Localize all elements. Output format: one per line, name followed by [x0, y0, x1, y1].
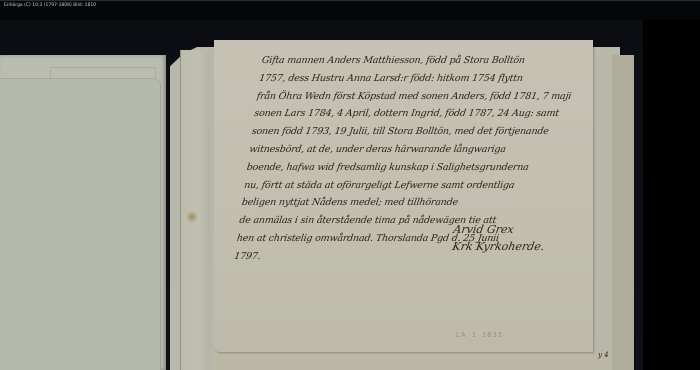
text-line: 1757, dess Hustru Anna Larsd:r född: hit…: [258, 70, 611, 88]
signature-title: Krk Kyrkoherde.: [451, 238, 546, 255]
text-line: Gifta mannen Anders Matthiesson, född på…: [261, 52, 614, 70]
image-viewer: Enhörga (C) 10:3 (1797-1808) Bild: 1810 …: [0, 0, 700, 370]
lower-sheet: [214, 352, 604, 370]
left-page-inner-sheet: [0, 78, 161, 370]
title-bar: Enhörga (C) 10:3 (1797-1808) Bild: 1810: [0, 0, 700, 21]
margin-note: y 4: [598, 351, 609, 359]
signature-name: Arvid Grex: [452, 221, 549, 238]
right-sheet-edge-outer: [612, 55, 636, 370]
left-page-tab-outline: [50, 67, 156, 78]
text-line: boende, hafwa wid fredsamlig kunskap i S…: [245, 159, 598, 177]
text-line: witnesbörd, at de, under deras härwarand…: [248, 141, 601, 159]
text-line: sonen Lars 1784, 4 April, dottern Ingrid…: [253, 105, 606, 123]
text-line: sonen född 1793, 19 Julii, till Stora Bo…: [251, 123, 604, 141]
viewer-margin: [643, 20, 700, 370]
handwritten-text: Gifta mannen Anders Matthiesson, född på…: [233, 52, 613, 266]
paper-stain: [187, 210, 197, 224]
signature-block: Arvid Grex Krk Kyrkoherde.: [449, 221, 549, 255]
text-line: från Öhra Wedn först Köpstad med sonen A…: [256, 88, 609, 106]
archive-stamp: LA 1 1832: [456, 331, 503, 339]
text-line: nu, förtt at städa at oförargeligt Lefwe…: [243, 177, 596, 195]
text-line: beligen nyttjat Nådens medel; med tillhö…: [240, 194, 593, 212]
window-title: Enhörga (C) 10:3 (1797-1808) Bild: 1810: [4, 3, 96, 8]
